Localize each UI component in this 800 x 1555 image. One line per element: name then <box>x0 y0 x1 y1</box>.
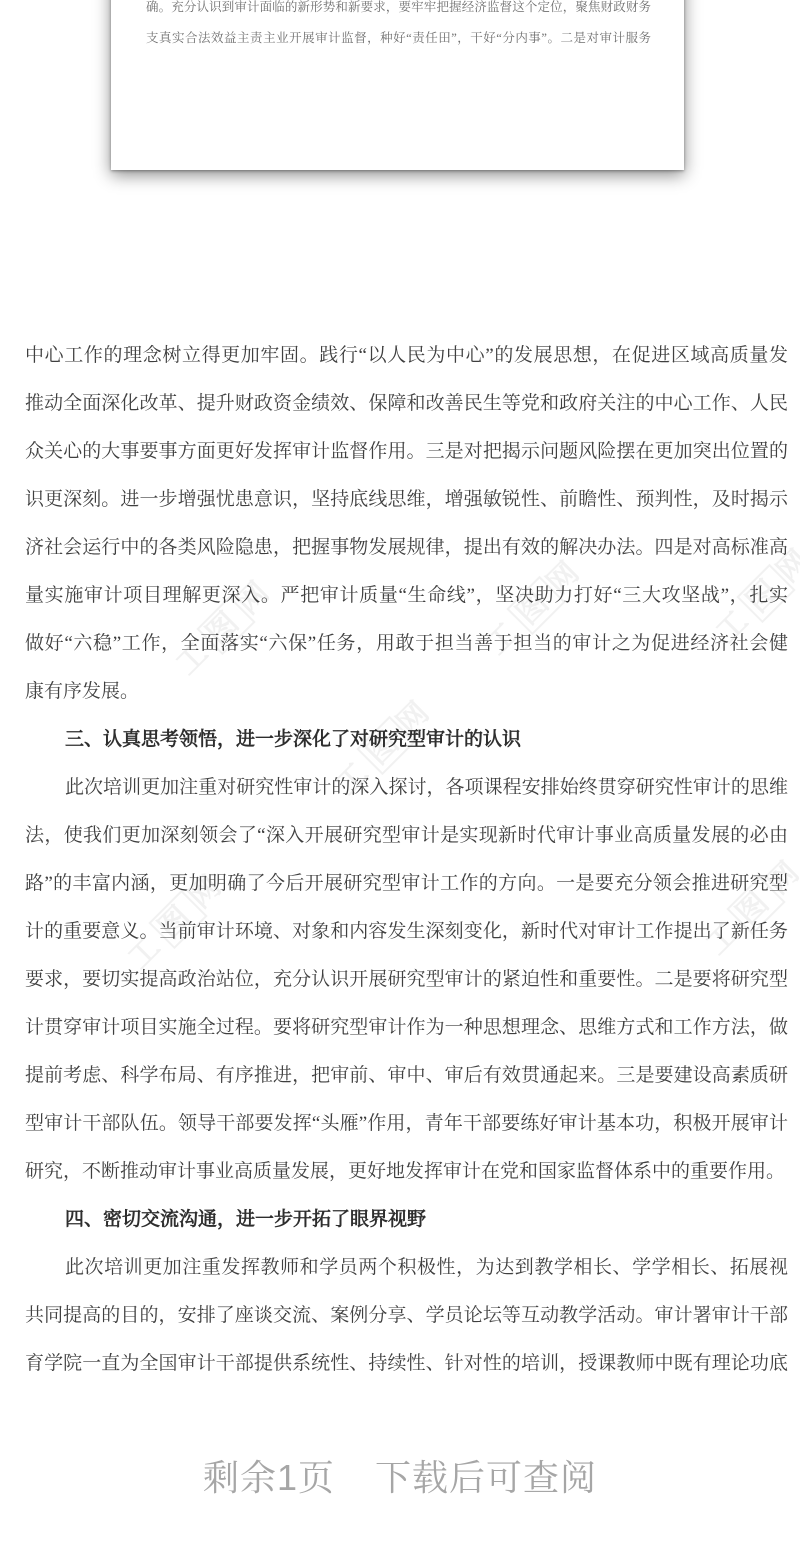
text-line: 共同提高的目的，安排了座谈交流、案例分享、学员论坛等互动教学活动。审计署审计干部… <box>25 1292 788 1340</box>
text-line: 推动全面深化改革、提升财政资金绩效、保障和改善民生等党和政府关注的中心工作、人民… <box>25 380 788 428</box>
text-line: 康有序发展。 <box>25 668 788 716</box>
text-line: 量实施审计项目理解更深入。严把审计质量“生命线”，坚决助力打好“三大攻坚战”，扎… <box>25 572 788 620</box>
remaining-pages-label: 剩余1页 <box>203 1457 335 1498</box>
section-heading: 三、认真思考领悟，进一步深化了对研究型审计的认识 <box>25 716 788 764</box>
download-hint-label: 下载后可查阅 <box>375 1457 597 1498</box>
document-body: 中心工作的理念树立得更加牢固。践行“以人民为中心”的发展思想，在促进区域高质量发… <box>25 332 788 1388</box>
text-line: 中心工作的理念树立得更加牢固。践行“以人民为中心”的发展思想，在促进区域高质量发… <box>25 332 788 380</box>
text-line: 路”的丰富内涵，更加明确了今后开展研究型审计工作的方向。一是要充分领会推进研究型… <box>25 860 788 908</box>
text-line: 济社会运行中的各类风险隐患，把握事物发展规律，提出有效的解决办法。四是对高标准高… <box>25 524 788 572</box>
text-line: 型审计干部队伍。领导干部要发挥“头雁”作用，青年干部要练好审计基本功，积极开展审… <box>25 1100 788 1148</box>
text-line: 研究，不断推动审计事业高质量发展，更好地发挥审计在党和国家监督体系中的重要作用。 <box>25 1148 788 1196</box>
text-line: 计的重要意义。当前审计环境、对象和内容发生深刻变化，新时代对审计工作提出了新任务… <box>25 908 788 956</box>
text-line: 做好“六稳”工作，全面落实“六保”任务，用敢于担当善于担当的审计之为促进经济社会… <box>25 620 788 668</box>
preview-page-line: 确。充分认识到审计面临的新形势和新要求，要牢牢把握经济监督这个定位，聚焦财政财务… <box>146 0 651 23</box>
text-line: 识更深刻。进一步增强忧患意识，坚持底线思维，增强敏锐性、前瞻性、预判性，及时揭示… <box>25 476 788 524</box>
section-heading: 四、密切交流沟通，进一步开拓了眼界视野 <box>25 1196 788 1244</box>
preview-footer: 剩余1页下载后可查阅 <box>0 1450 800 1501</box>
text-line: 要求，要切实提高政治站位，充分认识开展研究型审计的紧迫性和重要性。二是要将研究型… <box>25 956 788 1004</box>
text-line: 众关心的大事要事方面更好发挥审计监督作用。三是对把揭示问题风险摆在更加突出位置的… <box>25 428 788 476</box>
preview-page-line: 支真实合法效益主责主业开展审计监督，种好“责任田”，干好“分内事”。二是对审计服… <box>146 23 651 54</box>
text-line: 育学院一直为全国审计干部提供系统性、持续性、针对性的培训，授课教师中既有理论功底… <box>25 1340 788 1388</box>
text-line: 提前考虑、科学布局、有序推进，把审前、审中、审后有效贯通起来。三是要建设高素质研… <box>25 1052 788 1100</box>
text-line: 法，使我们更加深刻领会了“深入开展研究型审计是实现新时代审计事业高质量发展的必由… <box>25 812 788 860</box>
preview-page-text: 确。充分认识到审计面临的新形势和新要求，要牢牢把握经济监督这个定位，聚焦财政财务… <box>146 0 651 54</box>
text-line: 此次培训更加注重对研究性审计的深入探讨，各项课程安排始终贯穿研究性审计的思维方 <box>25 764 788 812</box>
preview-page-card: 确。充分认识到审计面临的新形势和新要求，要牢牢把握经济监督这个定位，聚焦财政财务… <box>111 0 684 170</box>
text-line: 计贯穿审计项目实施全过程。要将研究型审计作为一种思想理念、思维方式和工作方法，做… <box>25 1004 788 1052</box>
text-line: 此次培训更加注重发挥教师和学员两个积极性，为达到教学相长、学学相长、拓展视野、 <box>25 1244 788 1292</box>
